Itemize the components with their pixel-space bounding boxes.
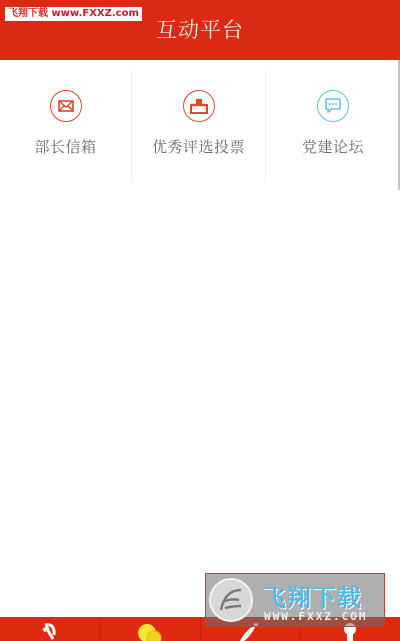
- grid-item-forum[interactable]: 党建论坛: [266, 70, 400, 182]
- grid-item-label: 优秀评选投票: [152, 136, 245, 157]
- watermark-bottom-url: WWW.FXXZ.COM: [264, 610, 367, 623]
- grid-item-label: 党建论坛: [302, 136, 364, 157]
- app-header: 飞翔下载 www.FXXZ.com 互动平台: [0, 0, 400, 60]
- watermark-bottom-cn: 飞翔下载: [262, 578, 362, 613]
- coins-icon: [135, 621, 165, 641]
- hammer-sickle-icon: [39, 621, 61, 641]
- ballot-box-icon: [183, 90, 215, 122]
- feature-grid: 部长信箱 优秀评选投票 党建论坛: [0, 70, 400, 182]
- chat-bubble-icon: [317, 90, 349, 122]
- grid-item-label: 部长信箱: [34, 136, 96, 157]
- grid-item-minister-mailbox[interactable]: 部长信箱: [0, 70, 131, 182]
- watermark-bottom: 飞翔下载 WWW.FXXZ.COM: [205, 573, 385, 627]
- fxxz-logo-icon: [209, 578, 253, 622]
- mail-icon: [50, 90, 82, 122]
- tab-finance[interactable]: [100, 617, 200, 641]
- tab-party[interactable]: [0, 617, 100, 641]
- grid-item-vote[interactable]: 优秀评选投票: [131, 70, 266, 182]
- page-title: 互动平台: [0, 14, 400, 44]
